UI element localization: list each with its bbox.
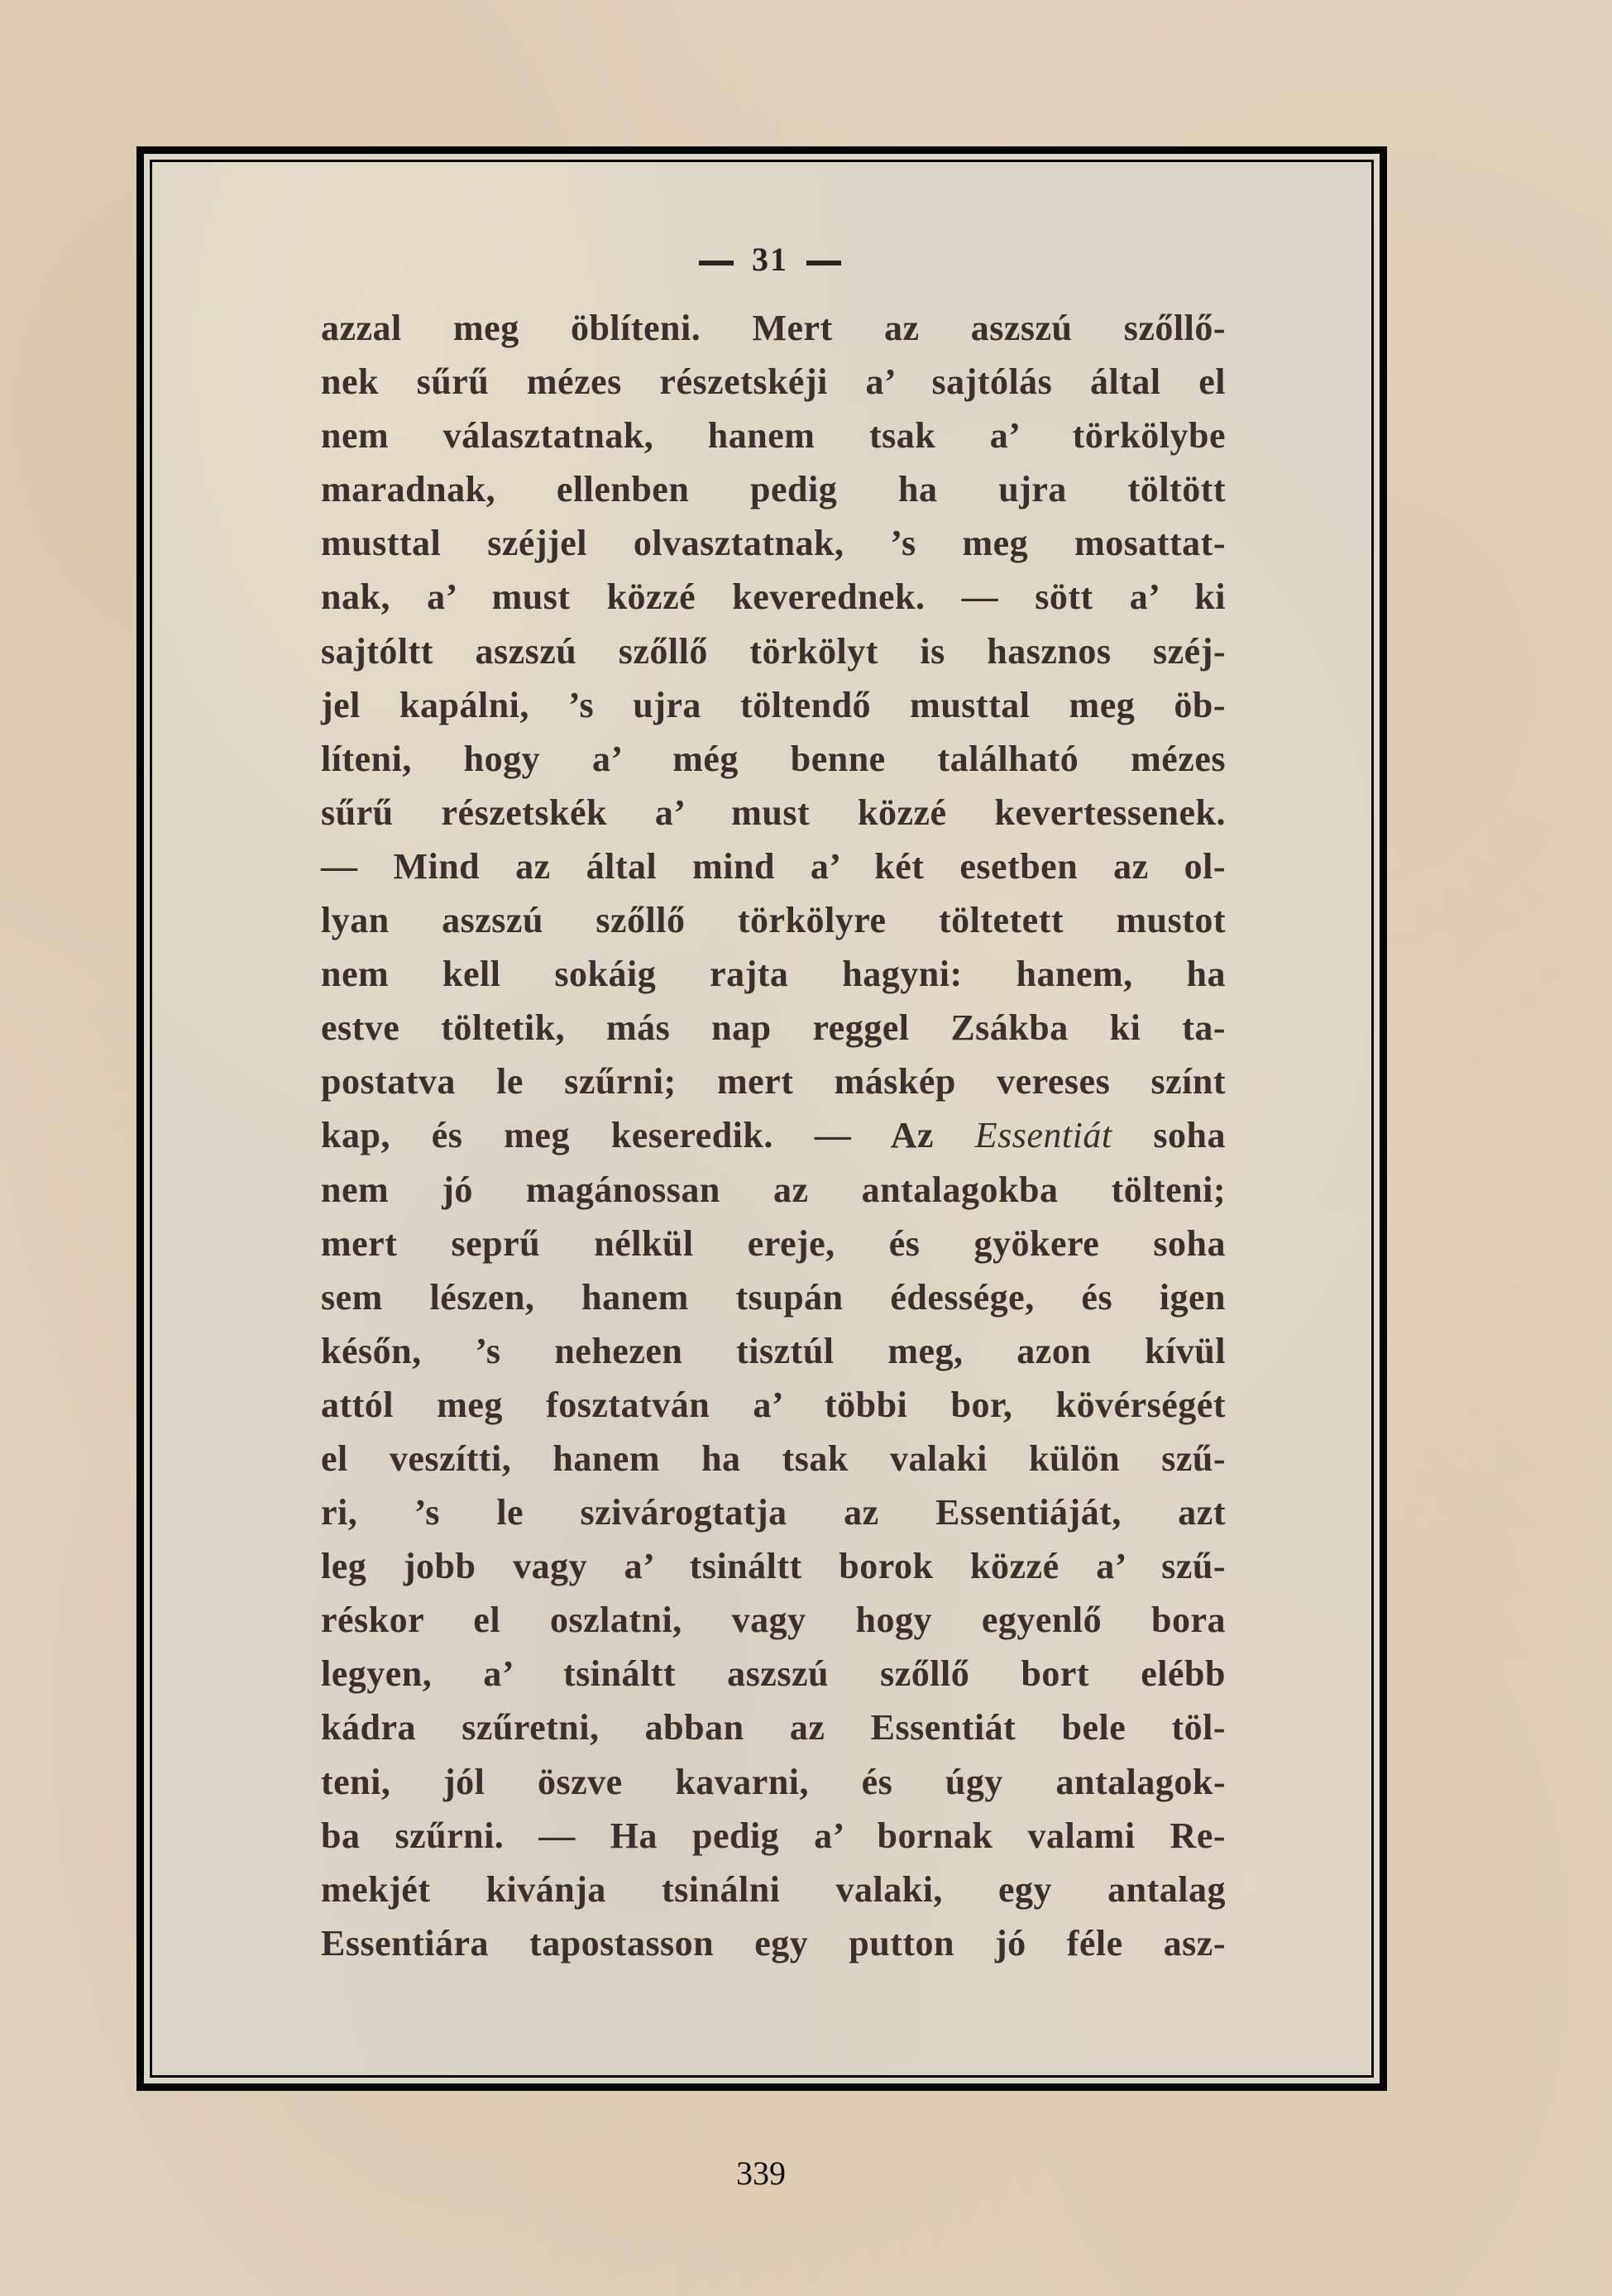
text-line: réskor el oszlatni, vagy hogy egyenlő bo… xyxy=(321,1593,1226,1647)
text-line: nem választatnak, hanem tsak a’ törkölyb… xyxy=(321,409,1226,462)
running-head-dash-right xyxy=(806,261,841,265)
text-line: maradnak, ellenben pedig ha ujra töltött xyxy=(321,462,1226,516)
text-line: mert seprű nélkül ereje, és gyökere soha xyxy=(321,1217,1226,1270)
text-line: legyen, a’ tsináltt aszszú szőllő bort e… xyxy=(321,1647,1226,1700)
text-line: ri, ’s le szivárogtatja az Essentiáját, … xyxy=(321,1485,1226,1539)
text-line: mekjét kivánja tsinálni valaki, egy anta… xyxy=(321,1863,1226,1916)
text-line: el veszítti, hanem ha tsak valaki külön … xyxy=(321,1432,1226,1485)
text-segment: soha xyxy=(1112,1115,1226,1155)
text-line: későn, ’s nehezen tisztúl meg, azon kívü… xyxy=(321,1324,1226,1378)
running-head: 31 xyxy=(152,240,1371,279)
text-line: ba szűrni. — Ha pedig a’ bornak valami R… xyxy=(321,1809,1226,1863)
scanned-page: 31 azzal meg öblíteni. Mert az aszszú sz… xyxy=(150,160,1374,2078)
text-line: — Mind az által mind a’ két esetben az o… xyxy=(321,839,1226,893)
text-line: nak, a’ must közzé keverednek. — sött a’… xyxy=(321,570,1226,624)
text-line: sajtóltt aszszú szőllő törkölyt is haszn… xyxy=(321,624,1226,678)
running-head-dash-left xyxy=(699,261,734,265)
text-line: postatva le szűrni; mert máskép vereses … xyxy=(321,1055,1226,1108)
text-line-with-italic: kap, és meg keseredik. — Az Essentiát so… xyxy=(321,1108,1226,1162)
text-line: leg jobb vagy a’ tsináltt borok közzé a’… xyxy=(321,1539,1226,1593)
text-line: Essentiára tapostasson egy putton jó fél… xyxy=(321,1916,1226,1970)
text-line: azzal meg öblíteni. Mert az aszszú szőll… xyxy=(321,301,1226,355)
text-line: nem kell sokáig rajta hagyni: hanem, ha xyxy=(321,947,1226,1001)
text-line: sűrű részetskék a’ must közzé kevertesse… xyxy=(321,786,1226,839)
text-line: nem jó magánossan az antalagokba tölteni… xyxy=(321,1163,1226,1217)
scan-frame-outer: 31 azzal meg öblíteni. Mert az aszszú sz… xyxy=(136,146,1387,2091)
text-line: sem lészen, hanem tsupán édessége, és ig… xyxy=(321,1270,1226,1324)
text-line: musttal széjjel olvasztatnak, ’s meg mos… xyxy=(321,516,1226,570)
text-line: estve töltetik, más nap reggel Zsákba ki… xyxy=(321,1001,1226,1055)
text-line: jel kapálni, ’s ujra töltendő musttal me… xyxy=(321,678,1226,732)
page-number: 339 xyxy=(0,2154,1522,2193)
text-line: teni, jól öszve kavarni, és úgy antalago… xyxy=(321,1755,1226,1809)
text-line: kádra szűretni, abban az Essentiát bele … xyxy=(321,1700,1226,1754)
text-line: attól meg fosztatván a’ többi bor, kövér… xyxy=(321,1378,1226,1432)
text-line: líteni, hogy a’ még benne található méze… xyxy=(321,732,1226,786)
text-segment: kap, és meg keseredik. — Az xyxy=(321,1115,975,1155)
italic-term-essentiat: Essentiát xyxy=(975,1115,1112,1155)
text-line: nek sűrű mézes részetskéji a’ sajtólás á… xyxy=(321,355,1226,409)
body-text: azzal meg öblíteni. Mert az aszszú szőll… xyxy=(321,301,1226,1970)
text-line: lyan aszszú szőllő törkölyre töltetett m… xyxy=(321,893,1226,947)
running-head-number: 31 xyxy=(752,241,788,278)
